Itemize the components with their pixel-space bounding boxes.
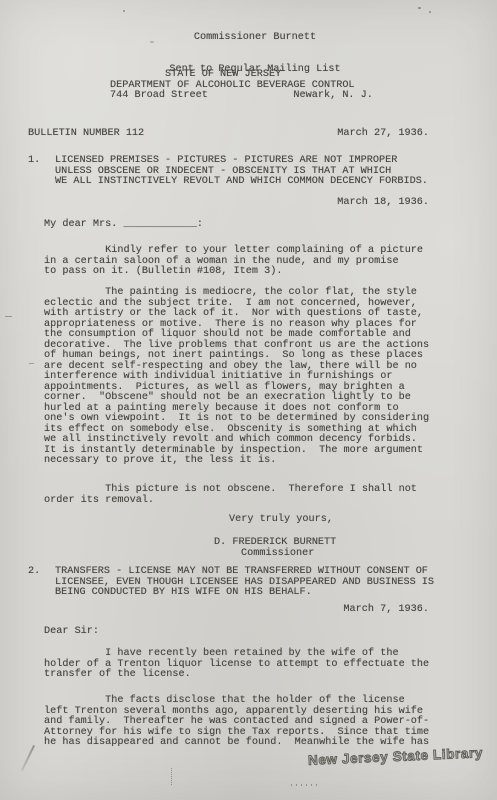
item1-salutation: My dear Mrs. ____________:: [44, 220, 203, 231]
scan-artifact-dot: [123, 10, 125, 12]
scan-artifact-specks: [291, 784, 317, 786]
item2-heading: TRANSFERS - LICENSE MAY NOT BE TRANSFERR…: [55, 567, 434, 599]
item2-paragraph-2: The facts disclose that the holder of th…: [44, 696, 429, 749]
scanned-bulletin-page: Commissioner Burnett Sent to Regular Mai…: [0, 0, 497, 800]
routing-note-line1: Commissioner Burnett: [165, 33, 345, 44]
bulletin-date: March 27, 1936.: [337, 129, 429, 140]
library-stamp: New Jersey State Library: [308, 748, 483, 766]
item1-paragraph-2: The painting is mediocre, the color flat…: [44, 288, 429, 467]
item1-paragraph-3: This picture is not obscene. Therefore I…: [44, 485, 417, 506]
scan-artifact-dot: [150, 41, 154, 43]
item1-number: 1.: [28, 156, 40, 167]
signature-title: Commissioner: [241, 549, 314, 560]
item1-paragraph-1: Kindly refer to your letter complaining …: [44, 246, 423, 278]
scan-artifact-dash: [29, 363, 34, 364]
item2-date: March 7, 1936.: [343, 605, 429, 616]
bulletin-number: BULLETIN NUMBER 112: [28, 129, 144, 140]
item1-date: March 18, 1936.: [337, 198, 429, 209]
item2-paragraph-1: I have recently been retained by the wif…: [44, 649, 429, 681]
scan-artifact-dotted-line: [171, 768, 172, 785]
closing-valediction: Very truly yours,: [229, 515, 333, 526]
item2-salutation: Dear Sir:: [44, 627, 99, 638]
signature-name: D. FREDERICK BURNETT: [214, 538, 336, 549]
scan-artifact-dash: [5, 316, 12, 317]
scan-artifact-dot: [429, 11, 431, 13]
scan-artifact-dot: [418, 7, 421, 9]
letterhead: STATE OF NEW JERSEY DEPARTMENT OF ALCOHO…: [110, 70, 373, 102]
pencil-mark: [21, 745, 35, 771]
item1-heading: LICENSED PREMISES - PICTURES - PICTURES …: [55, 156, 428, 188]
item2-number: 2.: [28, 567, 40, 578]
